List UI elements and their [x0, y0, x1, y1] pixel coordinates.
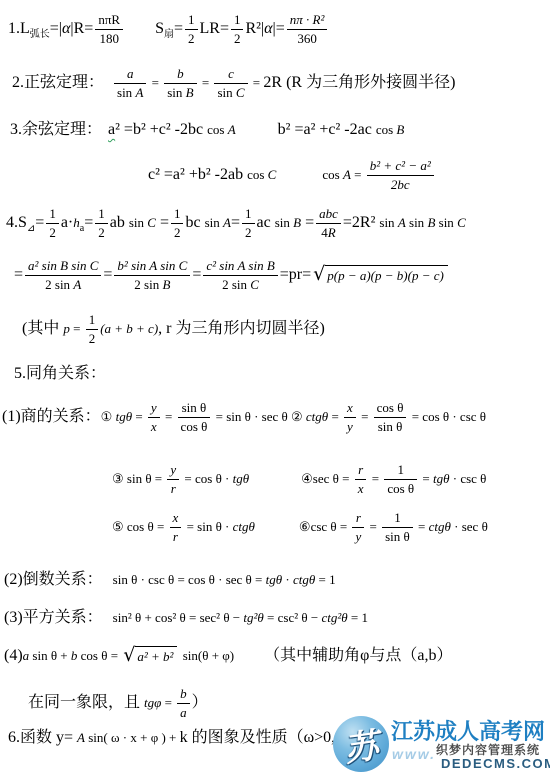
function-graph-heading: 6.函数 y= A sin( ω · x + φ ) + k 的图象及性质（ω>… [8, 728, 335, 747]
jiangsu-adult-exam-logo-icon: 苏 [333, 716, 389, 772]
watermark-cms-name: 织梦内容管理系统 [436, 741, 540, 758]
semiperimeter-note: (其中 p = 12(a + b + c), r 为三角形内切圆半径) [22, 312, 325, 346]
watermark-site-name: 江苏成人高考网 [391, 715, 545, 746]
arc-sector-formula: 1.L弧长=|α|R=nπR180S扇=12LR=12R²|α|=nπ · R²… [8, 12, 329, 46]
quotient-relations: (1)商的关系：① tgθ = yx = sin θcos θ = sin θ … [2, 400, 486, 434]
triangle-area-2: =a² sin B sin C2 sin A=b² sin A sin C2 s… [14, 258, 450, 292]
math-formula-page: 1.L弧长=|α|R=nπR180S扇=12LR=12R²|α|=nπ · R²… [0, 0, 550, 776]
logo-character: 苏 [341, 717, 381, 770]
law-of-cosines-1: 3.余弦定理：a² =b² +c² -2bc cos Ab² =a² +c² -… [10, 120, 404, 139]
relations-3-4: ③ sin θ = yr = cos θ · tgθ④sec θ = rx = … [112, 462, 486, 496]
law-of-cosines-2: c² =a² +b² -2ab cos Ccos A = b² + c² − a… [148, 158, 436, 192]
square-relations: (3)平方关系：sin² θ + cos² θ = sec² θ − tg²θ … [4, 608, 368, 627]
watermark-cms-domain: DEDECMS.COM [441, 756, 550, 771]
auxiliary-angle-note: 在同一象限，且 tgφ = ba） [28, 686, 208, 720]
triangle-area-1: 4.S⊿=12a·ha=12ab sin C =12bc sin A=12ac … [6, 206, 466, 240]
reciprocal-relations: (2)倒数关系：sin θ · csc θ = cos θ · sec θ = … [4, 570, 336, 589]
relations-5-6: ⑤ cos θ = xr = sin θ · ctgθ⑥csc θ = ry =… [112, 510, 488, 544]
watermark-www-text: www. [392, 746, 436, 762]
law-of-sines: 2.正弦定理：asin A = bsin B = csin C = 2R (R … [12, 66, 455, 100]
auxiliary-angle-formula: (4)a sin θ + b cos θ = √a² + b² sin(θ + … [4, 646, 452, 666]
same-angle-heading: 5.同角关系： [14, 364, 106, 383]
